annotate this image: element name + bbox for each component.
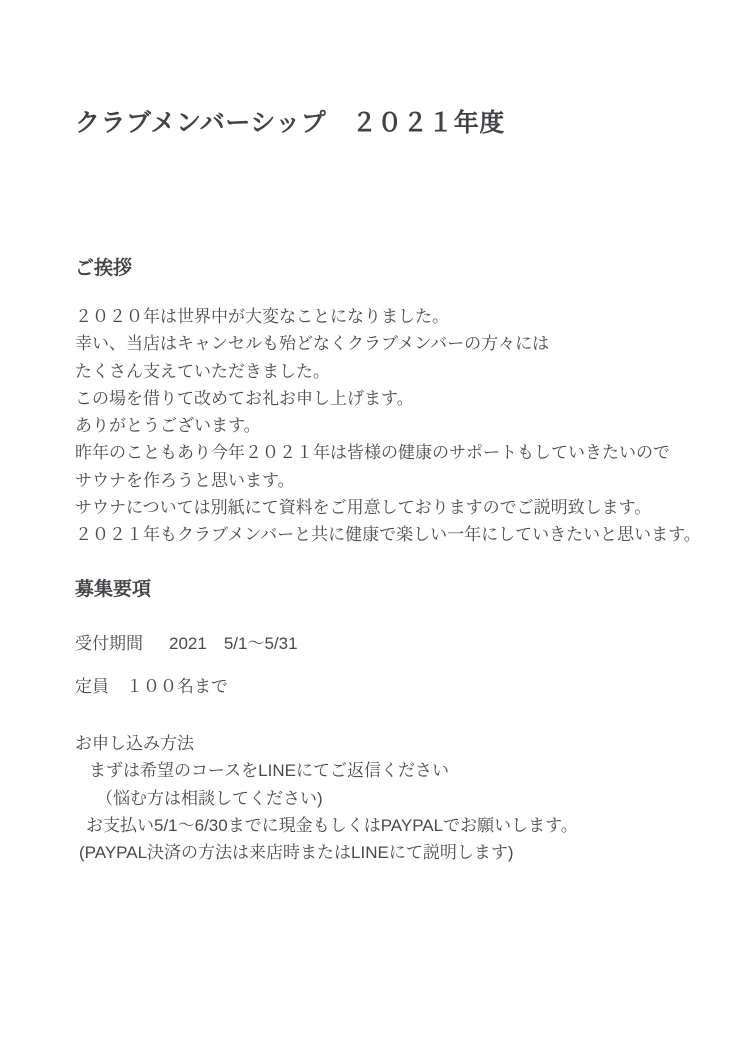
application-period-value: 2021 5/1～5/31	[169, 630, 298, 657]
greeting-line: ２０２０年は世界中が大変なことになりました。	[75, 303, 701, 330]
greeting-line: 昨年のこともあり今年２０２１年は皆様の健康のサポートもしていきたいので	[75, 439, 701, 466]
greeting-line: この場を借りて改めてお礼お申し上げます。	[75, 385, 701, 412]
greeting-heading: ご挨拶	[75, 256, 132, 282]
application-period-label: 受付期間	[75, 630, 143, 657]
application-period-row: 受付期間 2021 5/1～5/31	[75, 630, 298, 657]
greeting-paragraph: ２０２０年は世界中が大変なことになりました。 幸い、当店はキャンセルも殆どなくク…	[75, 303, 701, 549]
application-method-line: （悩む方は相談してください)	[75, 785, 578, 812]
greeting-line: ありがとうございます。	[75, 412, 701, 439]
application-method-line: お支払い5/1～6/30までに現金もしくはPAYPALでお願いします。	[75, 812, 578, 839]
recruitment-heading: 募集要項	[75, 577, 151, 603]
greeting-line: ２０２１年もクラブメンバーと共に健康で楽しい一年にしていきたいと思います。	[75, 521, 701, 548]
application-method-heading: お申し込み方法	[75, 730, 578, 757]
application-method-line: まずは希望のコースをLINEにてご返信ください	[75, 757, 578, 784]
greeting-line: 幸い、当店はキャンセルも殆どなくクラブメンバーの方々には	[75, 330, 701, 357]
greeting-line: たくさん支えていただきました。	[75, 358, 701, 385]
application-method-line: (PAYPAL決済の方法は来店時またはLINEにて説明します)	[75, 839, 578, 866]
greeting-line: サウナについては別紙にて資料をご用意しておりますのでご説明致します。	[75, 494, 701, 521]
greeting-line: サウナを作ろうと思います。	[75, 467, 701, 494]
capacity-row: 定員 １００名まで	[75, 673, 228, 700]
application-method-block: お申し込み方法 まずは希望のコースをLINEにてご返信ください （悩む方は相談し…	[75, 730, 578, 866]
page-title: クラブメンバーシップ ２０２１年度	[75, 107, 505, 139]
capacity-value: 定員 １００名まで	[75, 677, 228, 696]
document-page: クラブメンバーシップ ２０２１年度 ご挨拶 ２０２０年は世界中が大変なことになり…	[0, 0, 750, 1053]
